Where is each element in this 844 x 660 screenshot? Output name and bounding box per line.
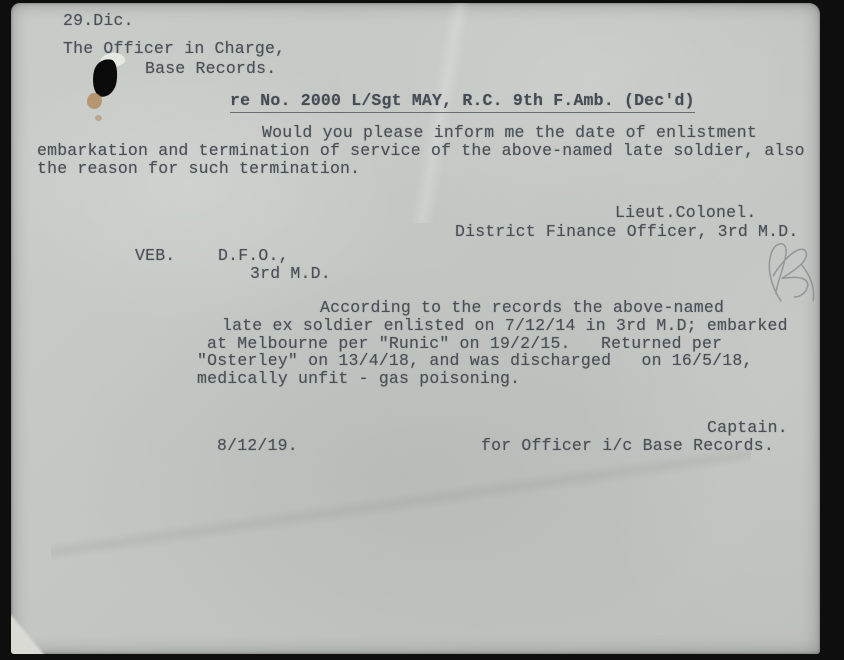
reply-para-line-5: medically unfit - gas poisoning. bbox=[197, 369, 520, 388]
paper-crease bbox=[51, 383, 751, 623]
request-para-line-3: the reason for such termination. bbox=[37, 159, 360, 178]
reference-to-line2: 3rd M.D. bbox=[250, 264, 331, 283]
rust-stain-icon bbox=[95, 115, 102, 121]
reply-para-line-1: According to the records the above-named bbox=[320, 298, 724, 317]
signature1-title: District Finance Officer, 3rd M.D. bbox=[455, 222, 798, 241]
letter-date-bottom: 8/12/19. bbox=[217, 436, 298, 455]
signature2-for: for Officer i/c Base Records. bbox=[481, 436, 774, 455]
subject-line: re No. 2000 L/Sgt MAY, R.C. 9th F.Amb. (… bbox=[230, 91, 695, 113]
scan-background: 29.Dic. The Officer in Charge, Base Reco… bbox=[0, 0, 844, 660]
reply-para-line-4: "Osterley" on 13/4/18, and was discharge… bbox=[197, 351, 753, 370]
handwritten-initials-icon bbox=[754, 229, 830, 315]
signature2-rank: Captain. bbox=[707, 418, 788, 437]
paper-corner-fold bbox=[11, 614, 45, 654]
signature1-rank: Lieut.Colonel. bbox=[615, 203, 756, 222]
addressee-line-1: The Officer in Charge, bbox=[63, 39, 285, 58]
paper-crease bbox=[311, 3, 571, 223]
reply-para-line-2: late ex soldier enlisted on 7/12/14 in 3… bbox=[222, 316, 788, 335]
document-page: 29.Dic. The Officer in Charge, Base Reco… bbox=[11, 3, 820, 654]
addressee-line-2: Base Records. bbox=[145, 59, 276, 78]
reference-to: D.F.O., bbox=[218, 246, 289, 265]
reference-initials: VEB. bbox=[135, 246, 175, 265]
request-para-line-1: Would you please inform me the date of e… bbox=[262, 123, 757, 142]
request-para-line-2: embarkation and termination of service o… bbox=[37, 141, 805, 160]
rust-stain-icon bbox=[87, 93, 102, 109]
letter-date-top: 29.Dic. bbox=[63, 11, 134, 30]
